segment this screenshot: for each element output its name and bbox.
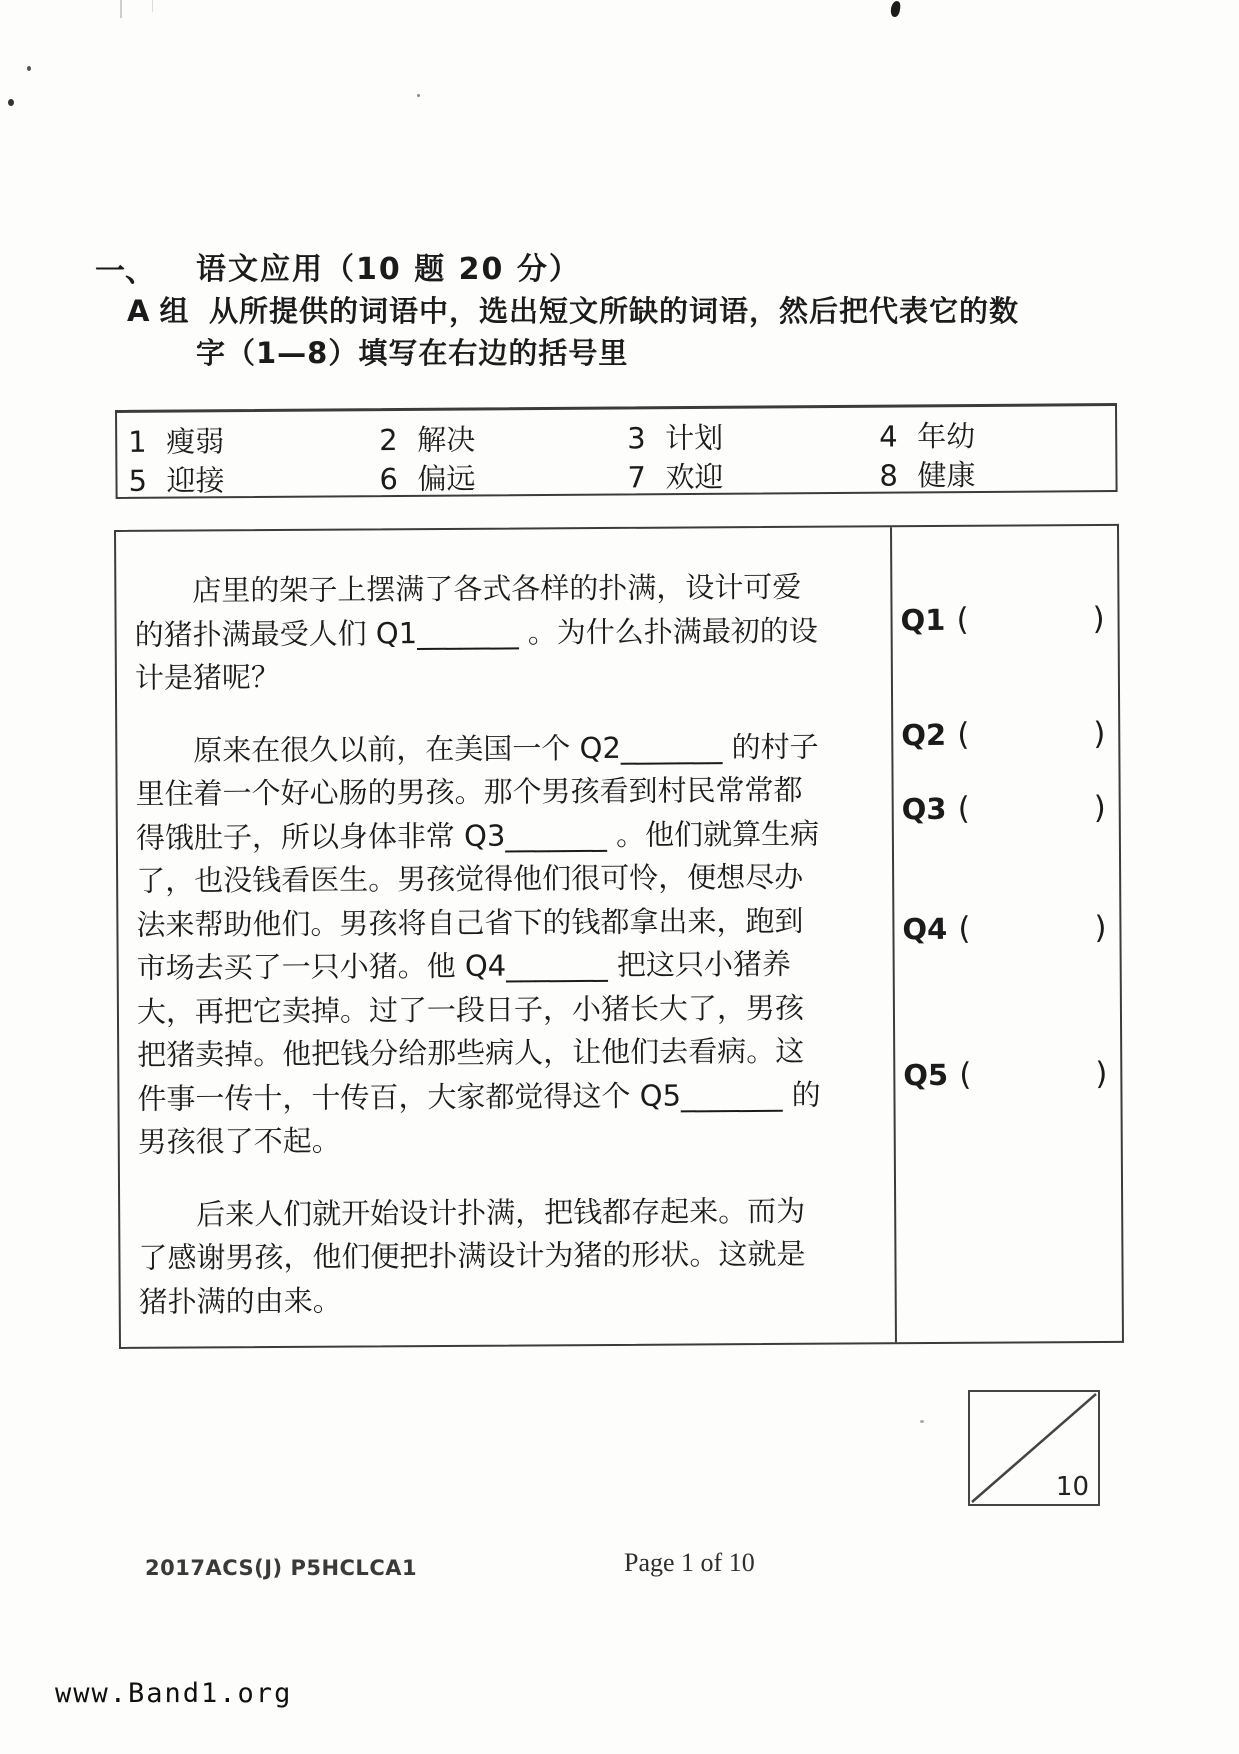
passage-text: 店里的架子上摆满了各式各样的扑满，设计可爱 的猪扑满最受人们 Q1_______…	[116, 527, 895, 1324]
instruction-line-2: 字（1—8）填写在右边的括号里	[196, 331, 628, 372]
passage-line: 里住着一个好心肠的男孩。那个男孩看到村民常常都	[135, 768, 875, 816]
instruction-line-1: 从所提供的词语中，选出短文所缺的词语，然后把代表它的数	[209, 289, 1019, 330]
answer-slot-q4: Q4 ( )	[898, 910, 1116, 947]
word-bank-item: 1瘦弱	[128, 419, 224, 461]
word-bank-table: 1瘦弱 2解决 3计划 4年幼 5迎接 6偏远 7欢迎 8健康	[115, 403, 1118, 499]
word-text: 健康	[917, 458, 975, 492]
word-number: 8	[879, 458, 917, 492]
answer-label: Q3	[902, 791, 947, 827]
passage-paragraph: 原来在很久以前，在美国一个 Q2_______ 的村子 里住着一个好心肠的男孩。…	[135, 725, 878, 1165]
open-bracket: (	[958, 911, 970, 947]
word-text: 偏远	[417, 461, 475, 495]
close-bracket: )	[1094, 790, 1106, 826]
word-text: 瘦弱	[166, 424, 224, 458]
group-label: A 组	[127, 289, 189, 330]
passage-line: 把猪卖掉。他把钱分给那些病人，让他们去看病。这	[137, 1029, 877, 1077]
passage-line: 法来帮助他们。男孩将自己省下的钱都拿出来，跑到	[136, 899, 876, 947]
passage-line: 市场去买了一只小猪。他 Q4_______ 把这只小猪养	[137, 942, 877, 990]
word-text: 迎接	[166, 463, 224, 497]
close-bracket: )	[1093, 716, 1105, 752]
word-number: 4	[879, 419, 917, 453]
close-bracket: )	[1092, 601, 1104, 637]
scan-speck	[8, 99, 14, 106]
scan-speck	[890, 0, 901, 17]
open-bracket: (	[957, 717, 969, 753]
answer-slot-q3: Q3 ( )	[898, 790, 1116, 827]
passage-line: 后来人们就开始设计扑满，把钱都存起来。而为	[138, 1189, 878, 1237]
word-text: 欢迎	[665, 460, 723, 494]
word-bank-item: 8健康	[879, 453, 975, 495]
open-bracket: (	[958, 791, 970, 827]
word-number: 5	[128, 464, 166, 498]
passage-paragraph: 后来人们就开始设计扑满，把钱都存起来。而为 了感谢男孩，他们便把扑满设计为猪的形…	[138, 1189, 879, 1324]
close-bracket: )	[1095, 1056, 1107, 1092]
answer-slot-q5: Q5 ( )	[899, 1056, 1117, 1093]
open-bracket: (	[956, 602, 968, 638]
score-box: 10	[968, 1390, 1100, 1506]
passage-line: 男孩很了不起。	[138, 1116, 878, 1164]
passage-line: 猪扑满的由来。	[139, 1276, 879, 1324]
score-max-value: 10	[1056, 1472, 1089, 1502]
answer-slot-q1: Q1 ( )	[896, 601, 1114, 638]
passage-line: 大，再把它卖掉。过了一段日子，小猪长大了，男孩	[137, 986, 877, 1034]
word-bank-row: 5迎接 6偏远 7欢迎 8健康	[117, 452, 1115, 493]
answer-label: Q4	[902, 911, 947, 947]
word-bank-row: 1瘦弱 2解决 3计划 4年幼	[117, 413, 1115, 454]
section-title: 语文应用（10 题 20 分）	[196, 244, 581, 288]
watermark-url: www.Band1.org	[55, 1678, 292, 1709]
section-number: 一、	[95, 246, 155, 290]
passage-line: 的猪扑满最受人们 Q1_______ 。为什么扑满最初的设	[135, 609, 875, 657]
scan-speck	[27, 66, 31, 71]
answer-label: Q1	[900, 602, 945, 638]
passage-line: 件事一传十，十传百，大家都觉得这个 Q5_______ 的	[137, 1073, 877, 1121]
passage-line: 计是猪呢？	[135, 652, 875, 700]
passage-line: 得饿肚子，所以身体非常 Q3_______ 。他们就算生病	[136, 812, 876, 860]
scanned-exam-page: 一、 语文应用（10 题 20 分） A 组 从所提供的词语中，选出短文所缺的词…	[0, 0, 1239, 1754]
word-text: 年幼	[917, 419, 975, 453]
word-number: 2	[379, 423, 417, 457]
answer-label: Q2	[901, 717, 946, 753]
passage-line: 原来在很久以前，在美国一个 Q2_______ 的村子	[135, 725, 875, 773]
word-number: 6	[379, 462, 417, 496]
page-number: Page 1 of 10	[624, 1548, 755, 1578]
passage-line: 店里的架子上摆满了各式各样的扑满，设计可爱	[134, 565, 874, 613]
scan-streak	[152, 0, 153, 12]
word-number: 7	[627, 460, 665, 494]
word-text: 解决	[417, 422, 475, 456]
word-bank-item: 5迎接	[128, 458, 224, 500]
word-bank-item: 7欢迎	[627, 455, 723, 497]
word-number: 1	[128, 425, 166, 459]
word-bank-item: 2解决	[379, 417, 475, 459]
paper-code: 2017ACS(J) P5HCLCA1	[145, 1556, 417, 1580]
answer-slot-q2: Q2 ( )	[897, 716, 1115, 753]
answer-label: Q5	[903, 1057, 948, 1093]
word-bank-item: 6偏远	[379, 456, 475, 498]
word-bank-item: 4年幼	[879, 414, 975, 456]
word-number: 3	[627, 421, 665, 455]
passage-paragraph: 店里的架子上摆满了各式各样的扑满，设计可爱 的猪扑满最受人们 Q1_______…	[134, 565, 875, 700]
open-bracket: (	[959, 1057, 971, 1093]
passage-box: 店里的架子上摆满了各式各样的扑满，设计可爱 的猪扑满最受人们 Q1_______…	[114, 524, 1124, 1349]
passage-line: 了，也没钱看医生。男孩觉得他们很可怜，便想尽办	[136, 855, 876, 903]
close-bracket: )	[1094, 910, 1106, 946]
word-bank-item: 3计划	[627, 416, 723, 458]
passage-line: 了感谢男孩，他们便把扑满设计为猪的形状。这就是	[138, 1232, 878, 1280]
scan-speck	[920, 1420, 924, 1423]
scan-streak	[120, 0, 122, 18]
word-text: 计划	[665, 421, 723, 455]
scan-speck	[417, 94, 420, 97]
